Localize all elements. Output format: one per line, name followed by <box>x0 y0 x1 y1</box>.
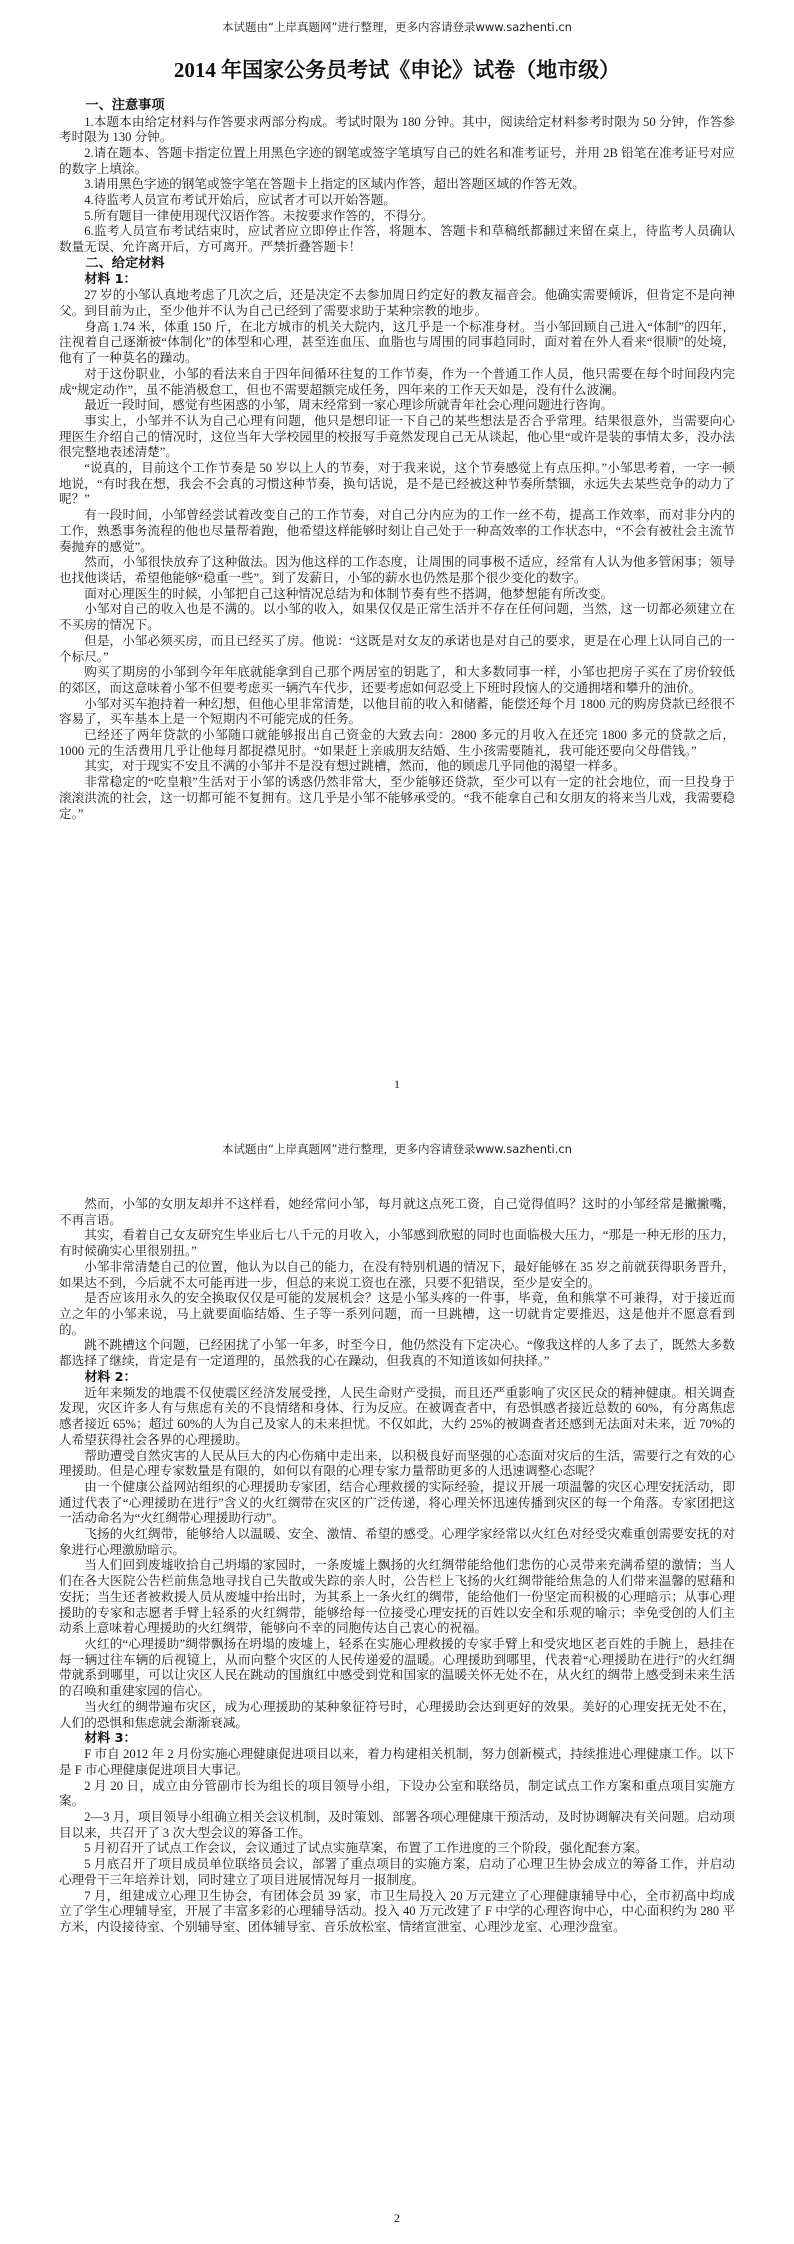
paragraph: 2—3 月，项目领导小组确立相关会议机制，及时策划、部署各项心理健康干预活动，及… <box>59 1810 735 1841</box>
paragraph: 2 月 20 日，成立由分管副市长为组长的项目领导小组，下设办公室和联络员，制定… <box>59 1779 735 1810</box>
paragraph: 由一个健康公益网站组织的心理援助专家团，结合心理救援的实际经验，提议开展一项温馨… <box>59 1480 735 1527</box>
paragraph: 帮助遭受自然灾害的人民从巨大的内心伤痛中走出来，以积极良好而坚强的心态面对灾后的… <box>59 1449 735 1480</box>
paragraph: 但是，小邹必须买房，而且已经买了房。他说：“这既是对女友的承诺也是对自己的要求，… <box>59 634 735 665</box>
paragraph: 5.所有题目一律使用现代汉语作答。未按要求作答的，不得分。 <box>59 209 735 225</box>
page-title: 2014 年国家公务员考试《申论》试卷（地市级） <box>59 57 735 84</box>
section-heading: 一、注意事项 <box>59 98 735 115</box>
paragraph: 然而，小邹很快放弃了这种做法。因为他这样的工作态度，让周围的同事极不适应，经常有… <box>59 555 735 586</box>
source-note: 本试题由“上岸真题网”进行整理，更多内容请登录www.sazhenti.cn <box>59 1142 735 1157</box>
section-heading: 二、给定材料 <box>59 256 735 273</box>
paragraph: 小邹对买车抱持着一种幻想，但他心里非常清楚，以他目前的收入和储蓄，能偿还每个月 … <box>59 697 735 728</box>
paragraph: 是否应该用永久的安全换取仅仅是可能的发展机会？这是小邹头疼的一件事，毕竟，鱼和熊… <box>59 1291 735 1338</box>
paragraph: 4.待监考人员宣布考试开始后，应试者才可以开始答题。 <box>59 193 735 209</box>
paragraph: 飞扬的火红绸带，能够给人以温暖、安全、激情、希望的感受。心理学家经常以火红色对经… <box>59 1527 735 1558</box>
paragraph: 有一段时间，小邹曾经尝试着改变自己的工作节奏，对自己分内应为的工作一丝不苟，提高… <box>59 508 735 555</box>
exam-document: 本试题由“上岸真题网”进行整理，更多内容请登录www.sazhenti.cn 2… <box>0 0 794 2244</box>
section-heading: 材料 1： <box>59 272 735 288</box>
paragraph: 当火红的绸带遍布灾区，成为心理援助的某种象征符号时，心理援助会达到更好的效果。美… <box>59 1700 735 1731</box>
paragraph: “说真的，目前这个工作节奏是 50 岁以上人的节奏，对于我来说，这个节奏感觉上有… <box>59 461 735 508</box>
paragraph: 近年来频发的地震不仅使震区经济发展受挫，人民生命财产受损，而且还严重影响了灾区民… <box>59 1386 735 1449</box>
paragraph: 5 月底召开了项目成员单位联络员会议，部署了重点项目的实施方案，启动了心理卫生协… <box>59 1857 735 1888</box>
page1-content: 一、注意事项1.本题本由给定材料与作答要求两部分构成。考试时限为 180 分钟。… <box>59 98 735 822</box>
section-heading: 材料 2： <box>59 1370 735 1386</box>
paragraph: 面对心理医生的时候，小邹把自己这种情况总结为和体制节奏有些不搭调，他梦想能有所改… <box>59 587 735 603</box>
page-number-1: 1 <box>0 1077 794 1092</box>
paragraph: 最近一段时间，感觉有些困惑的小邹，周末经常到一家心理诊所就青年社会心理问题进行咨… <box>59 398 735 414</box>
paragraph: 跳不跳槽这个问题，已经困扰了小邹一年多，时至今日，他仍然没有下定决心。“像我这样… <box>59 1338 735 1369</box>
paragraph: 已经还了两年贷款的小邹随口就能够报出自己资金的大致去向：2800 多元的月收入在… <box>59 728 735 759</box>
paragraph: 3.请用黑色字迹的钢笔或签字笔在答题卡上指定的区域内作答，超出答题区域的作答无效… <box>59 177 735 193</box>
paragraph: 非常稳定的“吃皇粮”生活对于小邹的诱惑仍然非常大，至少能够还贷款，至少可以有一定… <box>59 775 735 822</box>
paragraph: 其实，看着自己女友研究生毕业后七八千元的月收入，小邹感到欣慰的同时也面临极大压力… <box>59 1228 735 1259</box>
paragraph: 小邹非常清楚自己的位置，他认为以自己的能力，在没有特别机遇的情况下，最好能够在 … <box>59 1260 735 1291</box>
paragraph: 5 月初召开了试点工作会议，会议通过了试点实施草案，布置了工作进度的三个阶段，强… <box>59 1841 735 1857</box>
paragraph: 火红的“心理援助”绸带飘扬在坍塌的废墟上，轻系在实施心理救援的专家手臂上和受灾地… <box>59 1637 735 1700</box>
paragraph: 27 岁的小邹认真地考虑了几次之后，还是决定不去参加周日约定好的教友福音会。他确… <box>59 288 735 319</box>
paragraph: 6.监考人员宣布考试结束时，应试者应立即停止作答，将题本、答题卡和草稿纸都翻过来… <box>59 224 735 255</box>
paragraph: 1.本题本由给定材料与作答要求两部分构成。考试时限为 180 分钟。其中，阅读给… <box>59 115 735 146</box>
page-2: 本试题由“上岸真题网”进行整理，更多内容请登录www.sazhenti.cn 然… <box>0 1110 794 2244</box>
paragraph: 7 月，组建成立心理卫生协会，有团体会员 39 家，市卫生局投入 20 万元建立… <box>59 1889 735 1936</box>
paragraph: 对于这份职业，小邹的看法来自于四年间循环往复的工作节奏，作为一个普通工作人员，他… <box>59 367 735 398</box>
paragraph: 购买了期房的小邹到今年年底就能拿到自己那个两居室的钥匙了，和大多数同事一样，小邹… <box>59 665 735 696</box>
paragraph: 小邹对自己的收入也是不满的。以小邹的收入，如果仅仅是正常生活并不存在任何问题，当… <box>59 602 735 633</box>
paragraph: 2.请在题本、答题卡指定位置上用黑色字迹的钢笔或签字笔填写自己的姓名和准考证号，… <box>59 146 735 177</box>
paragraph: 其实，对于现实不安且不满的小邹并不是没有想过跳槽，然而，他的顾虑几乎同他的渴望一… <box>59 759 735 775</box>
page2-content: 然而，小邹的女朋友却并不这样看，她经常问小邹，每月就这点死工资，自己觉得值吗？这… <box>59 1197 735 1936</box>
paragraph: F 市自 2012 年 2 月份实施心理健康促进项目以来，着力构建相关机制，努力… <box>59 1747 735 1778</box>
paragraph: 身高 1.74 米，体重 150 斤，在北方城市的机关大院内，这几乎是一个标准身… <box>59 320 735 367</box>
page-1: 本试题由“上岸真题网”进行整理，更多内容请登录www.sazhenti.cn 2… <box>0 0 794 1110</box>
page-number-2: 2 <box>0 2211 794 2226</box>
paragraph: 当人们回到废墟收拾自己坍塌的家园时，一条废墟上飘扬的火红绸带能给他们悲伤的心灵带… <box>59 1558 735 1637</box>
section-heading: 材料 3： <box>59 1731 735 1747</box>
paragraph: 然而，小邹的女朋友却并不这样看，她经常问小邹，每月就这点死工资，自己觉得值吗？这… <box>59 1197 735 1228</box>
source-note: 本试题由“上岸真题网”进行整理，更多内容请登录www.sazhenti.cn <box>59 20 735 35</box>
paragraph: 事实上，小邹并不认为自己心理有问题，他只是想印证一下自己的某些想法是否合乎常理。… <box>59 414 735 461</box>
